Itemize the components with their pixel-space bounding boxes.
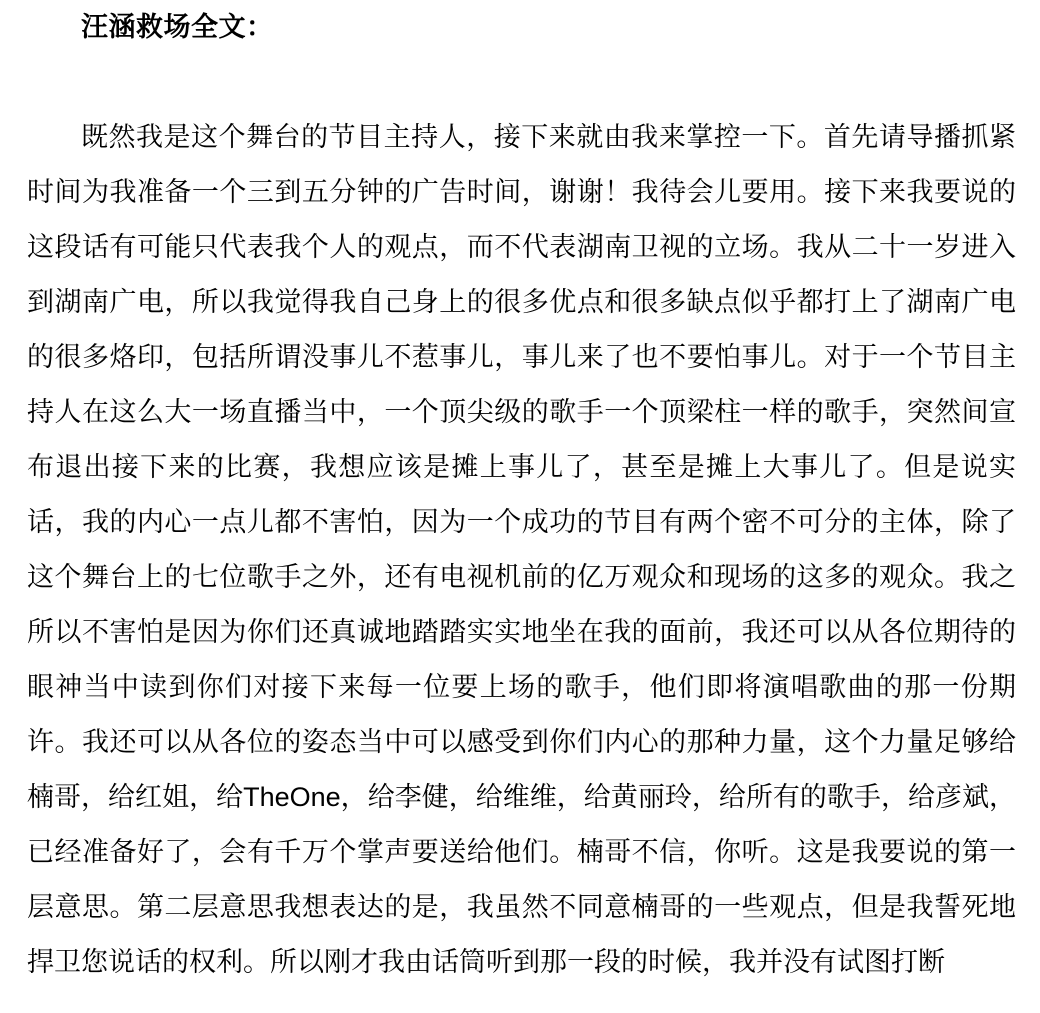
body-paragraph: 既然我是这个舞台的节目主持人，接下来就由我来掌控一下。首先请导播抓紧时间为我准备… [27,110,1016,990]
document-page: 汪涵救场全文： 既然我是这个舞台的节目主持人，接下来就由我来掌控一下。首先请导播… [0,0,1040,1013]
blank-line-spacer [27,55,1016,110]
document-title: 汪涵救场全文： [27,0,1016,55]
